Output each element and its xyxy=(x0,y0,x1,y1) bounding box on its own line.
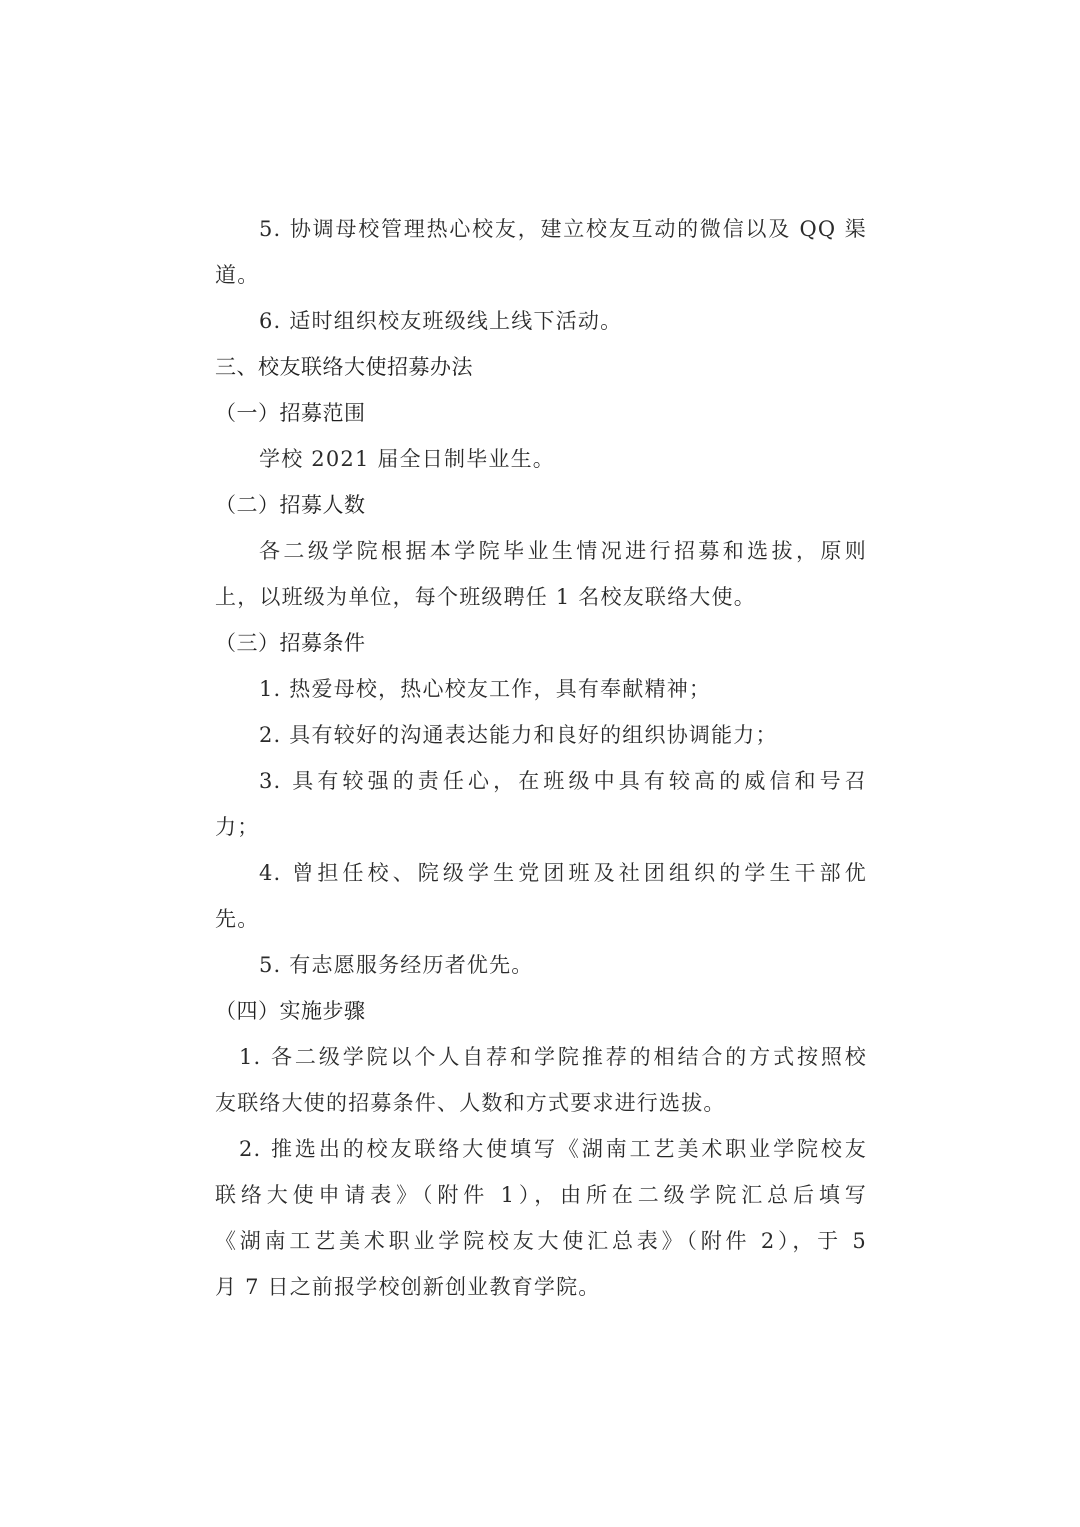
condition-item-3-continued: 力； xyxy=(215,804,867,850)
subheading-scope: （一）招募范围 xyxy=(215,390,867,436)
scope-text: 学校 2021 届全日制毕业生。 xyxy=(215,436,867,482)
duty-item-5-continued: 道。 xyxy=(215,252,867,298)
step-item-1-continued: 友联络大使的招募条件、人数和方式要求进行选拔。 xyxy=(215,1080,867,1126)
duty-item-5: 5. 协调母校管理热心校友，建立校友互动的微信以及 QQ 渠 xyxy=(215,206,867,252)
condition-item-4: 4. 曾担任校、院级学生党团班及社团组织的学生干部优 xyxy=(215,850,867,896)
subheading-steps: （四）实施步骤 xyxy=(215,988,867,1034)
step-item-1: 1. 各二级学院以个人自荐和学院推荐的相结合的方式按照校 xyxy=(215,1034,867,1080)
number-text-continued: 上，以班级为单位，每个班级聘任 1 名校友联络大使。 xyxy=(215,574,867,620)
condition-item-2: 2. 具有较好的沟通表达能力和良好的组织协调能力； xyxy=(215,712,867,758)
step-item-2: 2. 推选出的校友联络大使填写《湖南工艺美术职业学院校友 xyxy=(215,1126,867,1172)
step-item-2-continued-a: 联络大使申请表》（附件 1），由所在二级学院汇总后填写 xyxy=(215,1172,867,1218)
section-heading-recruitment: 三、校友联络大使招募办法 xyxy=(215,344,867,390)
condition-item-4-continued: 先。 xyxy=(215,896,867,942)
condition-item-5: 5. 有志愿服务经历者优先。 xyxy=(215,942,867,988)
condition-item-1: 1. 热爱母校，热心校友工作，具有奉献精神； xyxy=(215,666,867,712)
condition-item-3: 3. 具有较强的责任心，在班级中具有较高的威信和号召 xyxy=(215,758,867,804)
document-page: 5. 协调母校管理热心校友，建立校友互动的微信以及 QQ 渠 道。 6. 适时组… xyxy=(215,206,867,1310)
subheading-number: （二）招募人数 xyxy=(215,482,867,528)
step-item-2-continued-c: 月 7 日之前报学校创新创业教育学院。 xyxy=(215,1264,867,1310)
number-text: 各二级学院根据本学院毕业生情况进行招募和选拔，原则 xyxy=(215,528,867,574)
subheading-conditions: （三）招募条件 xyxy=(215,620,867,666)
duty-item-6: 6. 适时组织校友班级线上线下活动。 xyxy=(215,298,867,344)
step-item-2-continued-b: 《湖南工艺美术职业学院校友大使汇总表》（附件 2），于 5 xyxy=(215,1218,867,1264)
